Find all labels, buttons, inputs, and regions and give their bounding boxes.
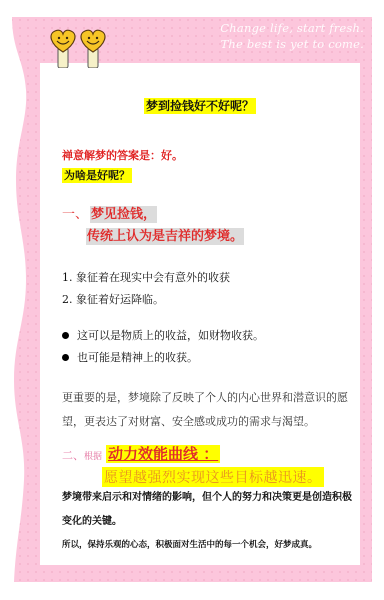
section-1-line-1: 梦见捡钱， [90,206,157,223]
ordered-list-item: 1. 象征着在现实中会有意外的收获 [62,267,230,289]
heart-smiley-icon [51,30,75,68]
article-title: 梦到捡钱好不好呢？ [40,97,360,114]
bullet-text: 也可能是精神上的收获。 [77,351,198,364]
bullet-list-item: 这可以是物质上的收益，如财物收获。 [62,325,264,347]
ordered-list-item: 2. 象征着好运降临。 [62,289,230,311]
section-2-highlight: 动力效能曲线 ： [106,445,220,463]
why-line: 为啥是好呢？ [62,167,132,183]
why-text: 为啥是好呢？ [62,168,132,183]
heart-smiley-icon [81,30,105,68]
bullet-list-item: 也可能是精神上的收获。 [62,347,264,369]
heart-smiley-clips-icon [48,28,112,68]
section-1-line-2: 传统上认为是吉祥的梦境。 [86,228,244,245]
content-card: 梦到捡钱好不好呢？ 禅意解梦的答案是：好。 为啥是好呢？ 一、梦见捡钱， 传统上… [40,63,360,565]
bullet-text: 这可以是物质上的收益，如财物收获。 [77,329,264,342]
ordered-list: 1. 象征着在现实中会有意外的收获 2. 象征着好运降临。 [62,267,230,311]
page: Change life, start fresh. The best is ye… [0,0,384,600]
bullet-dot-icon [62,354,69,361]
slogan-line-2: The best is yet to come. [194,36,364,52]
paragraph-3: 所以，保持乐观的心态，积极面对生活中的每一个机会，好梦成真。 [62,538,317,550]
section-2-prefix: 根据 [84,452,102,462]
bullet-dot-icon [62,332,69,339]
section-1-heading: 一、梦见捡钱， 传统上认为是吉祥的梦境。 [62,204,244,248]
answer-line: 禅意解梦的答案是：好。 [62,147,183,163]
section-2-heading: 二、根据动力效能曲线 ： [62,443,220,464]
section-2-number: 二、 [62,449,84,462]
section-1-number: 一、 [62,207,88,222]
slogan-line-1: Change life, start fresh. [194,20,364,36]
paragraph-1: 更重要的是，梦境除了反映了个人的内心世界和潜意识的愿望，更表达了对财富、安全感或… [62,386,352,434]
slogan: Change life, start fresh. The best is ye… [194,20,364,52]
bullet-list: 这可以是物质上的收益，如财物收获。 也可能是精神上的收获。 [62,325,264,369]
title-text: 梦到捡钱好不好呢？ [144,98,256,114]
paragraph-2: 梦境带来启示和对情绪的影响，但个人的努力和决策更是创造积极变化的关键。 [62,486,352,534]
section-2-subline: 愿望越强烈实现这些目标越迅速。 [102,467,324,487]
